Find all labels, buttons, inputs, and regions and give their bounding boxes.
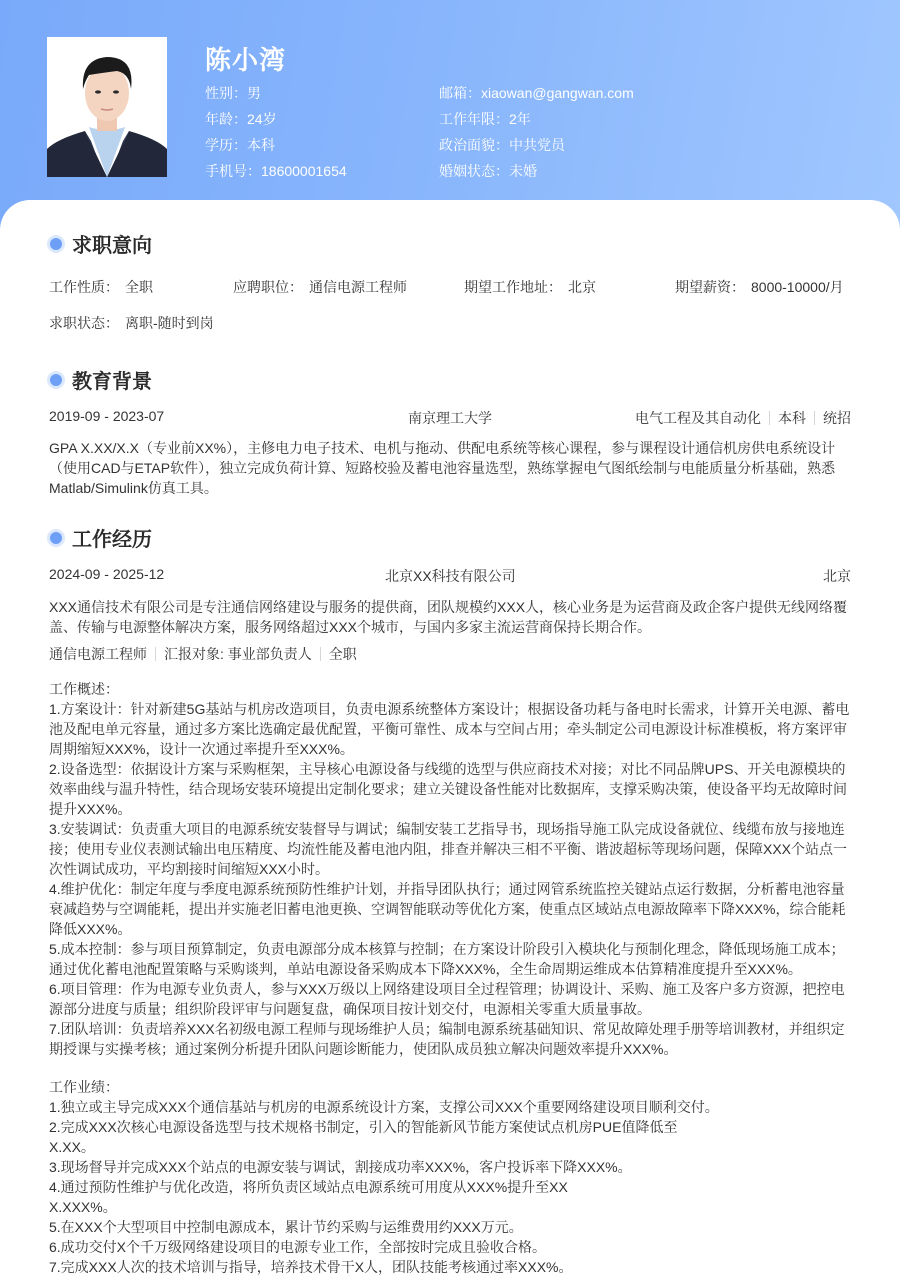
- company-intro: XXX通信技术有限公司是专注通信网络建设与服务的提供商，团队规模约XXX人，核心…: [49, 597, 853, 637]
- section-title-text: 求职意向: [72, 229, 152, 258]
- education-school: 南京理工大学: [408, 408, 492, 428]
- info-age: 年龄：24岁: [205, 108, 347, 134]
- section-bullet-icon: [50, 374, 62, 386]
- overview-item: 2.设备选型：依据设计方案与采购框架，主导核心电源设备与线缆的选型与供应商技术对…: [49, 759, 853, 819]
- achievements-title: 工作业绩：: [49, 1077, 853, 1097]
- intent-value: 全职: [125, 279, 153, 295]
- work-company: 北京XX科技有限公司: [385, 566, 516, 586]
- info-political-status: 政治面貌：中共党员: [439, 134, 634, 160]
- info-email: 邮箱：xiaowan@gangwan.com: [439, 82, 634, 108]
- info-label: 工作年限：: [439, 111, 509, 127]
- achievement-item: 4.通过预防性维护与优化改造，将所负责区域站点电源系统可用度从XXX%提升至XX…: [49, 1177, 853, 1217]
- basic-info-left: 性别：男 年龄：24岁 学历：本科 手机号：18600001654: [205, 82, 347, 186]
- work-city: 北京: [823, 566, 851, 586]
- intent-job-type: 工作性质：全职: [49, 277, 153, 297]
- section-title-job-intent: 求职意向: [48, 229, 152, 258]
- work-overview: 工作概述： 1.方案设计：针对新建5G基站与机房改造项目，负责电源系统整体方案设…: [49, 679, 853, 1059]
- section-title-text: 教育背景: [72, 365, 152, 394]
- intent-value: 8000-10000/月: [751, 279, 844, 295]
- divider: [320, 647, 321, 661]
- achievement-item: 6.成功交付X个千万级网络建设项目的电源专业工作，全部按时完成且验收合格。: [49, 1237, 853, 1257]
- intent-status: 求职状态：离职-随时到岗: [49, 313, 214, 333]
- avatar-photo: [47, 37, 167, 177]
- candidate-name: 陈小湾: [205, 40, 286, 77]
- intent-label: 求职状态：: [49, 315, 119, 331]
- education-description: GPA X.XX/X.X（专业前XX%），主修电力电子技术、电机与拖动、供配电系…: [49, 438, 853, 498]
- overview-item: 7.团队培训：负责培养XXX名初级电源工程师与现场维护人员；编制电源系统基础知识…: [49, 1019, 853, 1059]
- info-label: 学历：: [205, 137, 247, 153]
- work-achievements: 工作业绩： 1.独立或主导完成XXX个通信基站与机房的电源系统设计方案，支撑公司…: [49, 1077, 853, 1275]
- intent-value: 通信电源工程师: [309, 279, 407, 295]
- section-bullet-icon: [50, 532, 62, 544]
- intent-label: 应聘职位：: [233, 279, 303, 295]
- info-value: 男: [247, 85, 261, 101]
- overview-item: 5.成本控制：参与项目预算制定，负责电源部分成本核算与控制；在方案设计阶段引入模…: [49, 939, 853, 979]
- education-meta: 电气工程及其自动化本科统招: [635, 408, 851, 428]
- work-role-meta: 通信电源工程师汇报对象: 事业部负责人全职: [49, 644, 357, 664]
- section-title-education: 教育背景: [48, 365, 152, 394]
- divider: [814, 411, 815, 425]
- intent-position: 应聘职位：通信电源工程师: [233, 277, 407, 297]
- intent-value: 北京: [568, 279, 596, 295]
- intent-label: 期望薪资：: [675, 279, 745, 295]
- info-work-years: 工作年限：2年: [439, 108, 634, 134]
- overview-item: 6.项目管理：作为电源专业负责人，参与XXX万级以上网络建设项目全过程管理；协调…: [49, 979, 853, 1019]
- work-report-to: 汇报对象: 事业部负责人: [164, 646, 312, 662]
- info-value: 未婚: [509, 163, 537, 179]
- achievement-item: 5.在XXX个大型项目中控制电源成本，累计节约采购与运维费用约XXX万元。: [49, 1217, 853, 1237]
- education-period: 2019-09 - 2023-07: [49, 408, 164, 424]
- info-education: 学历：本科: [205, 134, 347, 160]
- info-value: 18600001654: [261, 163, 347, 179]
- info-label: 性别：: [205, 85, 247, 101]
- info-label: 婚姻状态：: [439, 163, 509, 179]
- education-major: 电气工程及其自动化: [635, 410, 761, 426]
- overview-item: 4.维护优化：制定年度与季度电源系统预防性维护计划，并指导团队执行；通过网管系统…: [49, 879, 853, 939]
- achievement-item: 1.独立或主导完成XXX个通信基站与机房的电源系统设计方案，支撑公司XXX个重要…: [49, 1097, 853, 1117]
- overview-item: 3.安装调试：负责重大项目的电源系统安装督导与调试；编制安装工艺指导书，现场指导…: [49, 819, 853, 879]
- info-gender: 性别：男: [205, 82, 347, 108]
- education-type: 统招: [823, 410, 851, 426]
- info-label: 政治面貌：: [439, 137, 509, 153]
- info-label: 手机号：: [205, 163, 261, 179]
- info-value: 24岁: [247, 111, 277, 127]
- intent-salary: 期望薪资：8000-10000/月: [675, 277, 844, 297]
- info-marital-status: 婚姻状态：未婚: [439, 160, 634, 186]
- overview-item: 1.方案设计：针对新建5G基站与机房改造项目，负责电源系统整体方案设计；根据设备…: [49, 699, 853, 759]
- overview-title: 工作概述：: [49, 679, 853, 699]
- divider: [769, 411, 770, 425]
- info-value: 中共党员: [509, 137, 565, 153]
- person-photo-icon: [47, 37, 167, 177]
- info-label: 年龄：: [205, 111, 247, 127]
- education-degree: 本科: [778, 410, 806, 426]
- basic-info-right: 邮箱：xiaowan@gangwan.com 工作年限：2年 政治面貌：中共党员…: [439, 82, 634, 186]
- info-phone: 手机号：18600001654: [205, 160, 347, 186]
- achievement-item: 3.现场督导并完成XXX个站点的电源安装与调试，割接成功率XXX%，客户投诉率下…: [49, 1157, 853, 1177]
- intent-label: 期望工作地址：: [464, 279, 562, 295]
- achievement-item: 7.完成XXX人次的技术培训与指导，培养技术骨干X人，团队技能考核通过率XXX%…: [49, 1257, 853, 1275]
- intent-location: 期望工作地址：北京: [464, 277, 596, 297]
- intent-label: 工作性质：: [49, 279, 119, 295]
- work-period: 2024-09 - 2025-12: [49, 566, 164, 582]
- intent-value: 离职-随时到岗: [125, 315, 214, 331]
- work-job-type: 全职: [329, 646, 357, 662]
- info-value: xiaowan@gangwan.com: [481, 85, 634, 101]
- work-position: 通信电源工程师: [49, 646, 147, 662]
- section-bullet-icon: [50, 238, 62, 250]
- info-value: 本科: [247, 137, 275, 153]
- info-value: 2年: [509, 111, 531, 127]
- section-title-work: 工作经历: [48, 523, 152, 552]
- section-title-text: 工作经历: [72, 523, 152, 552]
- achievement-item: 2.完成XXX次核心电源设备选型与技术规格书制定，引入的智能新风节能方案使试点机…: [49, 1117, 853, 1157]
- info-label: 邮箱：: [439, 85, 481, 101]
- divider: [155, 647, 156, 661]
